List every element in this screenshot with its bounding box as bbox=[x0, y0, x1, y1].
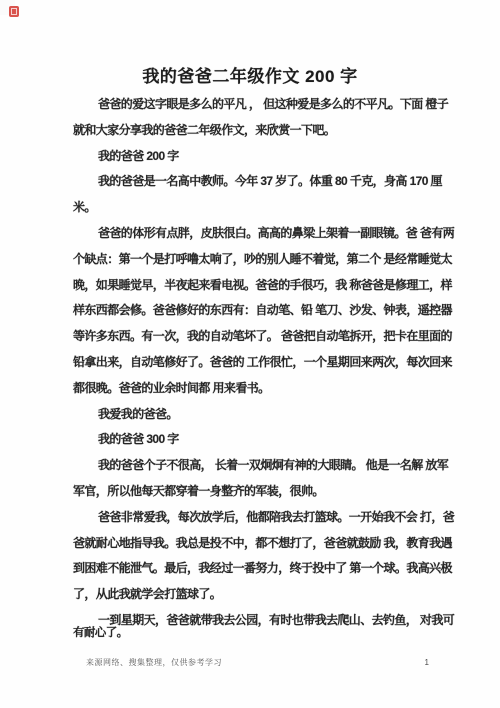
footer: 来源网络、搜集整理，仅供参考学习 1 bbox=[73, 657, 429, 668]
footer-note: 来源网络、搜集整理，仅供参考学习 bbox=[86, 657, 222, 668]
section-heading-200: 我的爸爸 200 字 bbox=[73, 144, 438, 170]
essay-line: 就和大家分享我的爸爸二年级作文，来欣赏一下吧。 bbox=[73, 118, 438, 144]
essay-line: 爸爸非常爱我，每次放学后，他都陪我去打篮球。一开始我不会 打，爸 bbox=[73, 505, 438, 531]
essay-line: 我爱我的爸爸。 bbox=[73, 402, 438, 428]
essay-line: 个缺点：第一个是打呼噜太响了，吵的别人睡不着觉，第二个 是经常睡觉太 bbox=[73, 247, 438, 273]
essay-line: 晚，如果睡觉早，半夜起来看电视。爸爸的手很巧，我 称爸爸是修理工，样 bbox=[73, 273, 438, 299]
essay-line: 爸就耐心地指导我。我总是投不中，都不想打了，爸爸就鼓励 我，教育我遇 bbox=[73, 531, 438, 557]
essay-line: 样东西都会修。爸爸修好的东西有：自动笔、铅 笔刀、沙发、钟表，遥控器 bbox=[73, 298, 438, 324]
essay-line: 我的爸爸个子不很高， 长着一双炯炯有神的大眼睛。 他是一名解 放军 bbox=[73, 453, 438, 479]
essay-line: 米。 bbox=[73, 195, 438, 221]
essay-line: 了，从此我就学会打篮球了。 bbox=[73, 582, 438, 608]
essay-line: 都很晚。爸爸的业余时间都 用来看书。 bbox=[73, 376, 438, 402]
section-heading-300: 我的爸爸 300 字 bbox=[73, 427, 438, 453]
essay-line: 我的爸爸是一名高中教师。今年 37 岁了。体重 80 千克，身高 170 厘 bbox=[73, 169, 438, 195]
essay-line: 爸爸的爱这字眼是多么的平凡 ， 但这种爱是多么的不平凡。下面 橙子 bbox=[73, 92, 438, 118]
essay-line: 爸爸的体形有点胖，皮肤很白。高高的鼻梁上架着一副眼镜。爸 爸有两 bbox=[73, 221, 438, 247]
document-page: 我的爸爸二年级作文 200 字 爸爸的爱这字眼是多么的平凡 ， 但这种爱是多么的… bbox=[0, 0, 500, 708]
essay-line: 军官，所以他每天都穿着一身整齐的军装，很帅。 bbox=[73, 479, 438, 505]
red-stamp-icon bbox=[9, 6, 19, 17]
page-number: 1 bbox=[425, 658, 429, 667]
essay-body: 爸爸的爱这字眼是多么的平凡 ， 但这种爱是多么的不平凡。下面 橙子 就和大家分享… bbox=[73, 92, 438, 642]
essay-line: 到困难不能泄气。最后，我经过一番努力，终于投中了 第一个球。我高兴极 bbox=[73, 556, 438, 582]
page-title: 我的爸爸二年级作文 200 字 bbox=[0, 62, 500, 87]
essay-line: 铅拿出来，自动笔修好了。爸爸的 工作很忙，一个星期回来两次，每次回来 bbox=[73, 350, 438, 376]
essay-line: 等许多东西。有一次，我的自动笔坏了。 爸爸把自动笔拆开，把卡在里面的 bbox=[73, 324, 438, 350]
